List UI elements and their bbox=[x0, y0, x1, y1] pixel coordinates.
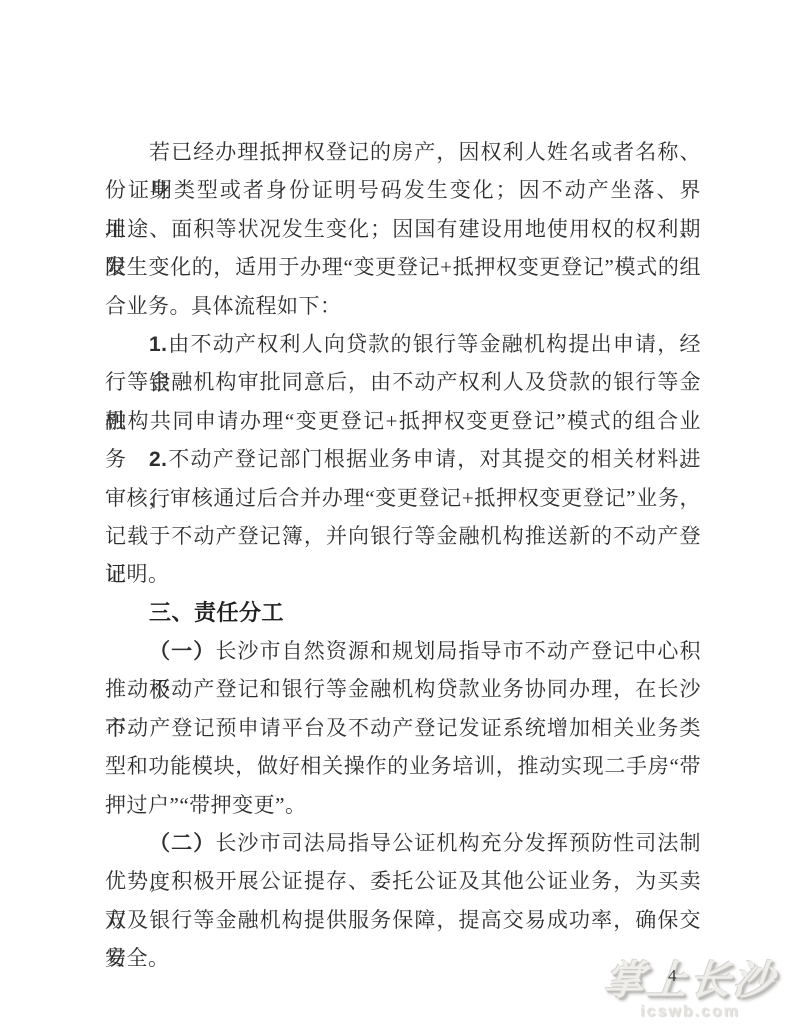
text-line: 发生变化的，适用于办理“变更登记+抵押权变更登记”模式的组 bbox=[105, 248, 701, 286]
text-line: 押过户”“带押变更”。 bbox=[105, 786, 701, 824]
text-line: 2.不动产登记部门根据业务申请，对其提交的相关材料进行 bbox=[105, 440, 701, 478]
text-line: 用途、面积等状况发生变化；因国有建设用地使用权的权利期限 bbox=[105, 210, 701, 248]
line-text: 不动产登记预申请平台及不动产登记发证系统增加相关业务类 bbox=[105, 716, 701, 740]
text-line: 份证明类型或者身份证明号码发生变化；因不动产坐落、界址、 bbox=[105, 171, 701, 209]
section-heading: 三、责任分工 bbox=[105, 594, 701, 632]
line-text: 型和功能模块，做好相关操作的业务培训，推动实现二手房“带 bbox=[105, 754, 701, 778]
line-text: 合业务。具体流程如下： bbox=[105, 294, 342, 318]
list-number: （一） bbox=[149, 640, 215, 663]
text-line: 机构共同申请办理“变更登记+抵押权变更登记”模式的组合业务。 bbox=[105, 402, 701, 440]
line-text: 审核，审核通过后合并办理“变更登记+抵押权变更登记”业务， bbox=[105, 486, 701, 510]
watermark-brand-logo: 掌上长沙 bbox=[584, 958, 797, 1004]
text-line: 不动产登记预申请平台及不动产登记发证系统增加相关业务类 bbox=[105, 709, 701, 747]
text-line: 优势，积极开展公证提存、委托公证及其他公证业务，为买卖双 bbox=[105, 862, 701, 900]
text-line: 若已经办理抵押权登记的房产，因权利人姓名或者名称、身 bbox=[105, 133, 701, 171]
text-line: （一）长沙市自然资源和规划局指导市不动产登记中心积极 bbox=[105, 632, 701, 670]
list-number: 1. bbox=[149, 333, 168, 356]
text-line: 行等金融机构审批同意后，由不动产权利人及贷款的银行等金融 bbox=[105, 363, 701, 401]
line-text: 押过户”“带押变更”。 bbox=[105, 793, 306, 817]
text-line: 审核，审核通过后合并办理“变更登记+抵押权变更登记”业务， bbox=[105, 479, 701, 517]
text-line: 1.由不动产权利人向贷款的银行等金融机构提出申请，经银 bbox=[105, 325, 701, 363]
text-line: 记载于不动产登记簿，并向银行等金融机构推送新的不动产登记 bbox=[105, 517, 701, 555]
line-text: 发生变化的，适用于办理“变更登记+抵押权变更登记”模式的组 bbox=[105, 255, 701, 279]
list-number: （二） bbox=[149, 832, 215, 855]
text-line: 合业务。具体流程如下： bbox=[105, 287, 701, 325]
list-number: 2. bbox=[149, 448, 168, 471]
text-line: 型和功能模块，做好相关操作的业务培训，推动实现二手房“带 bbox=[105, 747, 701, 785]
watermark: 掌上长沙 icswb.com bbox=[586, 958, 794, 1020]
line-text: 安全。 bbox=[105, 946, 170, 970]
text-line: （二）长沙市司法局指导公证机构充分发挥预防性司法制度 bbox=[105, 824, 701, 862]
document-text-block: 若已经办理抵押权登记的房产，因权利人姓名或者名称、身 份证明类型或者身份证明号码… bbox=[105, 133, 701, 978]
text-line: 推动不动产登记和银行等金融机构贷款业务协同办理，在长沙市 bbox=[105, 670, 701, 708]
text-line: 方及银行等金融机构提供服务保障，提高交易成功率，确保交易 bbox=[105, 901, 701, 939]
watermark-site-url: icswb.com bbox=[586, 1004, 794, 1020]
page-number: 4 bbox=[668, 966, 677, 986]
text-line: 证明。 bbox=[105, 555, 701, 593]
heading-text: 三、责任分工 bbox=[149, 600, 284, 625]
line-text: 证明。 bbox=[105, 562, 170, 586]
